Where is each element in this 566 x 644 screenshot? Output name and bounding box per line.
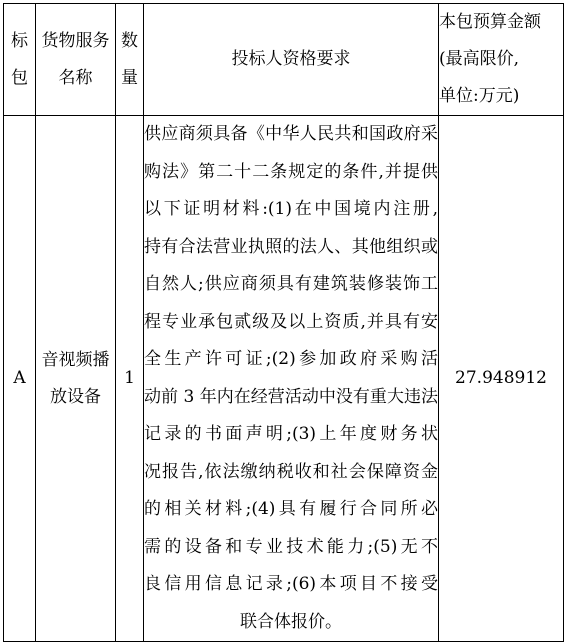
header-package: 标包: [4, 4, 36, 116]
cell-budget-amount: 27.948912: [439, 116, 564, 642]
header-goods-service-name: 货物服务名称: [36, 4, 116, 116]
text-line: 持有合法营业执照的法人、其他组织或: [144, 229, 438, 267]
text-line: 本包预算金额: [439, 4, 563, 41]
header-quantity: 数量: [116, 4, 144, 116]
text-line: 动前 3 年内在经营活动中没有重大违法: [144, 379, 438, 417]
cell-package-id: A: [4, 116, 36, 642]
text-line: 自然人;供应商须具有建筑装修装饰工: [144, 266, 438, 304]
cell-qualification-requirements: 供应商须具备《中华人民共和国政府采购法》第二十二条规定的条件,并提供以下证明材料…: [144, 116, 439, 642]
text-line: 购法》第二十二条规定的条件,并提供: [144, 154, 438, 192]
text-line: 需的设备和专业技术能力;(5)无不: [144, 529, 438, 567]
text-line: 良信用信息记录;(6)本项目不接受: [144, 566, 438, 604]
table-header-row: 标包 货物服务名称 数量 投标人资格要求 本包预算金额(最高限价,单位:万元): [4, 4, 564, 116]
text-line: 音视频播: [36, 342, 115, 379]
text-line: 全生产许可证;(2)参加政府采购活: [144, 341, 438, 379]
text-line: 以下证明材料:(1)在中国境内注册,: [144, 191, 438, 229]
cell-quantity: 1: [116, 116, 144, 642]
bid-package-table: 标包 货物服务名称 数量 投标人资格要求 本包预算金额(最高限价,单位:万元) …: [3, 3, 564, 642]
cell-goods-name: 音视频播放设备: [36, 116, 116, 642]
text-line: 放设备: [36, 379, 115, 416]
header-budget-amount: 本包预算金额(最高限价,单位:万元): [439, 4, 564, 116]
header-bidder-qualification: 投标人资格要求: [144, 4, 439, 116]
text-line: (最高限价,: [439, 41, 563, 78]
table-data-row: A 音视频播放设备 1 供应商须具备《中华人民共和国政府采购法》第二十二条规定的…: [4, 116, 564, 642]
text-line: 况报告,依法缴纳税收和社会保障资金: [144, 454, 438, 492]
procurement-table-page: 标包 货物服务名称 数量 投标人资格要求 本包预算金额(最高限价,单位:万元) …: [0, 0, 566, 644]
text-line: 的相关材料;(4)具有履行合同所必: [144, 491, 438, 529]
text-line: 联合体报价。: [144, 604, 438, 642]
text-line: 单位:万元): [439, 78, 563, 115]
text-line: 供应商须具备《中华人民共和国政府采: [144, 116, 438, 154]
text-line: 记录的书面声明;(3)上年度财务状: [144, 416, 438, 454]
text-line: 程专业承包贰级及以上资质,并具有安: [144, 304, 438, 342]
